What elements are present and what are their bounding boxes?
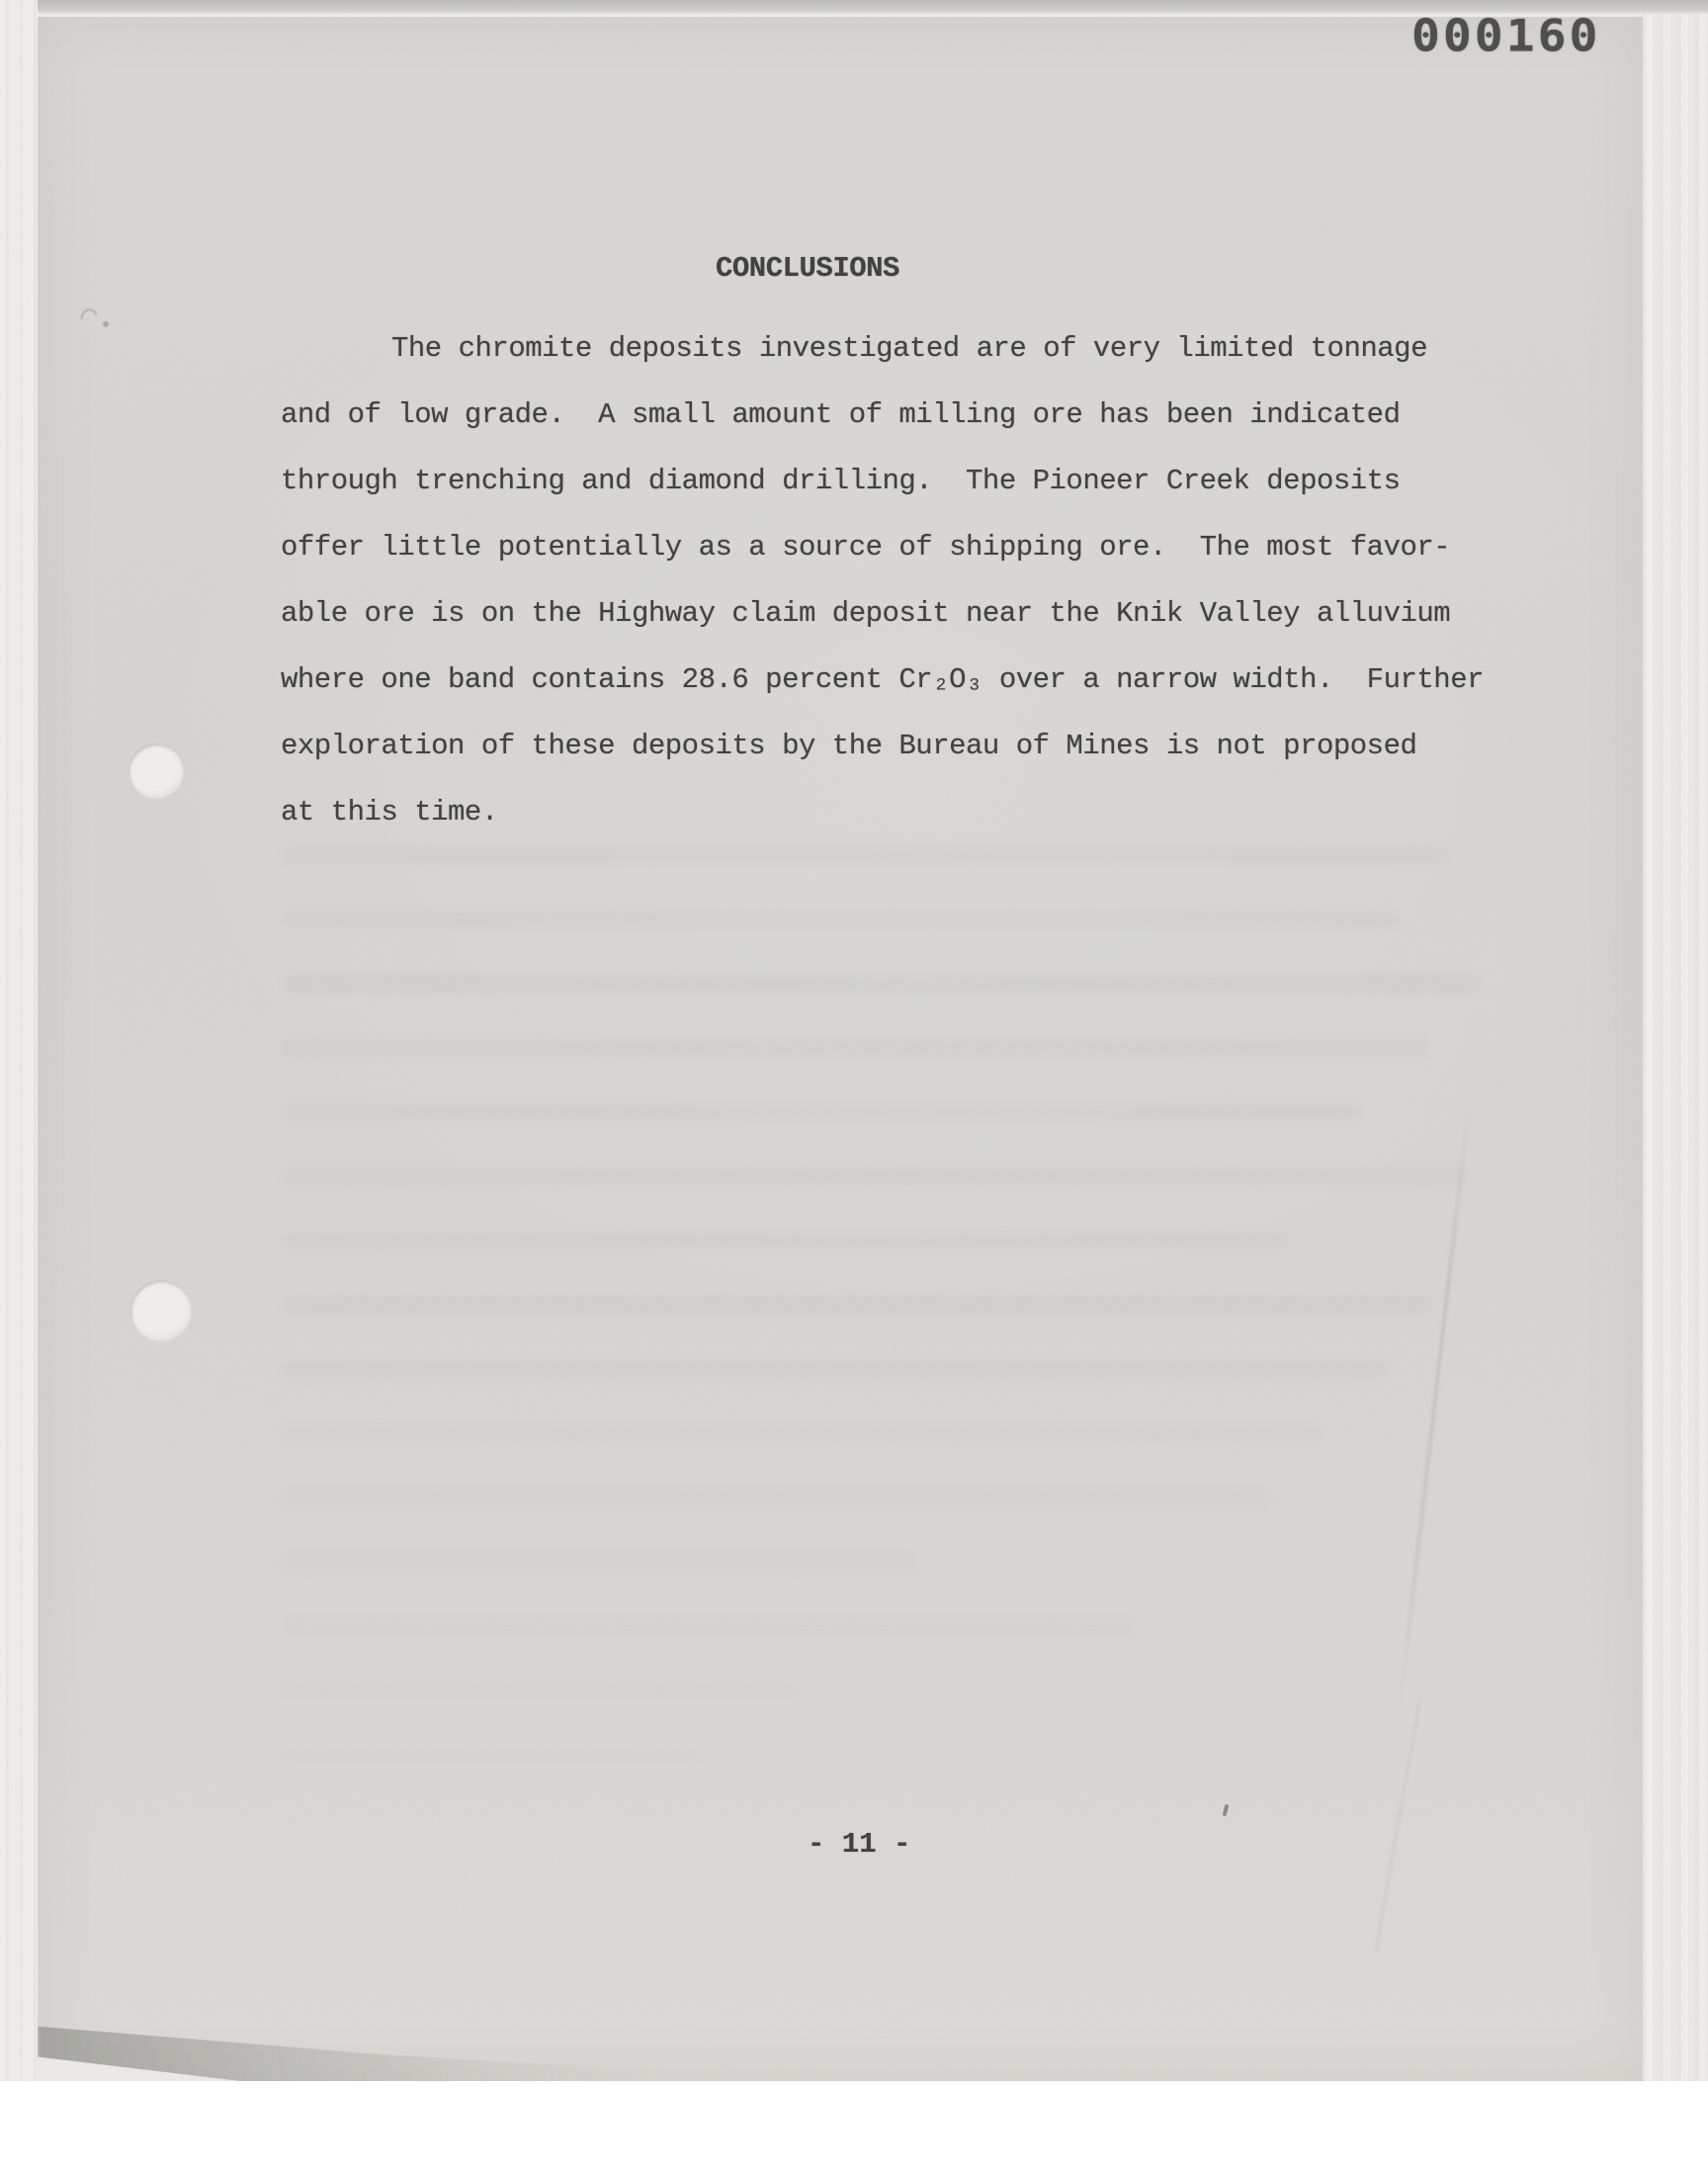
paragraph-line: able ore is on the Highway claim deposit…: [281, 580, 1556, 647]
bleedthrough-line: [282, 1552, 914, 1572]
paragraph-line: at this time.: [281, 779, 1556, 845]
bleedthrough-line: [282, 1167, 1468, 1186]
bleedthrough-line: [282, 1616, 1132, 1636]
paragraph-line: and of low grade. A small amount of mill…: [281, 382, 1556, 448]
paragraph-line: The chromite deposits investigated are o…: [281, 315, 1556, 382]
bleedthrough-line: [282, 1424, 1320, 1443]
bleedthrough-line: [282, 1038, 1428, 1058]
bleedthrough-line: [282, 845, 1448, 865]
paper-crease: [1395, 1099, 1471, 1738]
body-paragraph: The chromite deposits investigated are o…: [281, 315, 1556, 845]
punch-hole-top: [128, 743, 184, 799]
paragraph-line: where one band contains 28.6 percent Cr₂…: [281, 647, 1556, 713]
stray-tick-mark: [1223, 1804, 1230, 1817]
bleedthrough-line: [282, 974, 1483, 994]
bleedthrough-line: [282, 1681, 796, 1700]
bleedthrough-line: [282, 1231, 1290, 1251]
serial-number-stamp: 000160: [1411, 11, 1649, 62]
bleedthrough-line: [282, 1295, 1433, 1315]
corner-fold-shadow: [38, 1979, 809, 2084]
document-page: 000160 CONCLUSIONS The chromite deposits…: [38, 14, 1643, 2081]
scanner-backing-left: [0, 0, 40, 2081]
bleedthrough-line: [282, 1102, 1359, 1122]
bleedthrough-line: [282, 1745, 707, 1765]
section-title: CONCLUSIONS: [716, 252, 899, 285]
bleedthrough-line: [282, 910, 1399, 929]
scan-bottom-margin: [0, 2081, 1708, 2175]
paragraph-line: through trenching and diamond drilling. …: [281, 448, 1556, 514]
scanned-document-canvas: 000160 CONCLUSIONS The chromite deposits…: [0, 0, 1708, 2175]
paragraph-line: exploration of these deposits by the Bur…: [281, 713, 1556, 779]
scanner-backing-right: [1641, 0, 1708, 2081]
bleedthrough-line: [282, 1359, 1389, 1379]
pencil-curl-mark: [77, 305, 100, 329]
page-number: - 11 -: [808, 1828, 910, 1861]
punch-hole-bottom: [130, 1280, 192, 1342]
paragraph-line: offer little potentially as a source of …: [281, 514, 1556, 580]
bleedthrough-line: [282, 1488, 1270, 1508]
ink-speck: [103, 321, 109, 327]
